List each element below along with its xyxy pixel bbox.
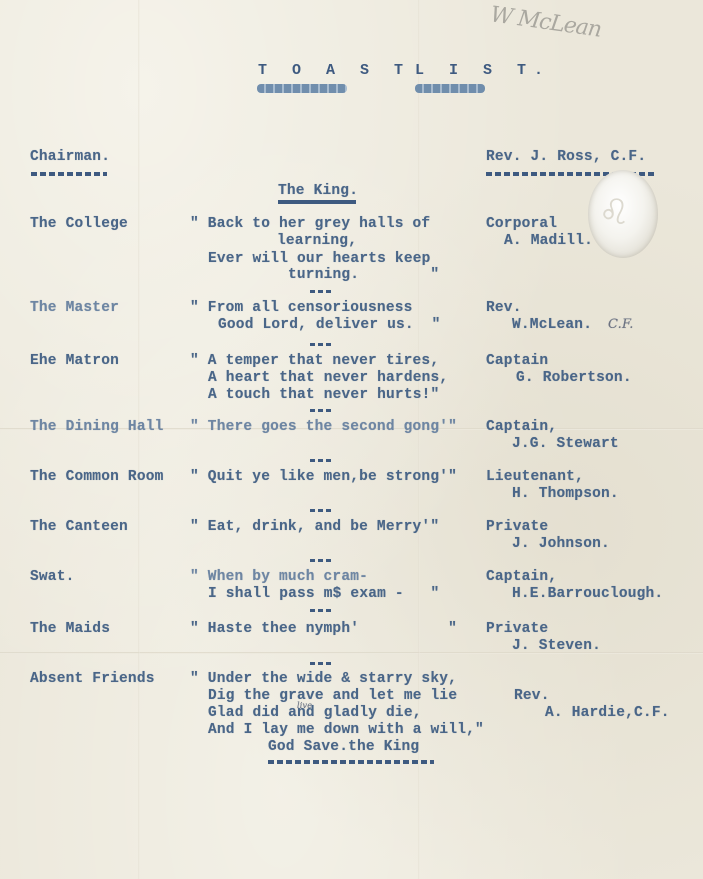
toast-quote: " Quit ye like men,be strong'" — [190, 469, 457, 486]
title-word-toast: T O A S T — [258, 62, 411, 79]
speaker-rank: Private — [486, 519, 548, 536]
toast-quote: Good Lord, deliver us. " — [218, 317, 441, 334]
toast-quote: A heart that never hardens, — [208, 370, 448, 387]
separator — [310, 290, 332, 293]
speaker-name: A. Madill. — [504, 233, 593, 250]
chairman-label: Chairman. — [30, 149, 110, 166]
toast-quote: " Eat, drink, and be Merry'" — [190, 519, 439, 536]
title-underline — [415, 84, 485, 93]
toast-quote: " Under the wide & starry sky, — [190, 671, 457, 688]
toast-quote: Glad did and gladly die, — [208, 705, 422, 722]
title-underline — [257, 84, 347, 93]
separator — [310, 409, 332, 412]
toast-quote: Dig the grave and let me lie — [208, 688, 457, 705]
separator — [310, 459, 332, 462]
speaker-name: A. Hardie,C.F. — [545, 705, 670, 722]
separator — [310, 662, 332, 665]
handwritten-annotation: C.F. — [608, 316, 634, 333]
speaker-rank: Corporal — [486, 216, 557, 233]
speaker-rank: Captain, — [486, 419, 557, 436]
toast-quote: " Back to her grey halls of — [190, 216, 430, 233]
speaker-rank: Captain, — [486, 569, 557, 586]
speaker-name: G. Robertson. — [516, 370, 632, 387]
toast-quote: " There goes the second gong'" — [190, 419, 457, 436]
toast-quote: turning. " — [288, 267, 439, 284]
speaker-rank: Private — [486, 621, 548, 638]
dash-underline — [31, 172, 107, 176]
paper-fold — [138, 0, 140, 879]
speaker-name: W.McLean. — [512, 317, 592, 334]
closing-line: God Save.the King — [268, 739, 419, 756]
lion-emblem-icon: ♌ — [602, 188, 626, 237]
toast-quote: " When by much cram- — [190, 569, 368, 586]
toast-list-document: W McLean T O A S T L I S T. Chairman. Re… — [0, 0, 703, 879]
embossed-seal: ♌ — [588, 170, 658, 258]
separator — [310, 509, 332, 512]
speaker-rank: Lieutenant, — [486, 469, 584, 486]
separator — [310, 343, 332, 346]
dash-underline — [268, 760, 434, 764]
speaker-name: J. Johnson. — [512, 536, 610, 553]
speaker-name: H.E.Barrouclough. — [512, 586, 663, 603]
toast-quote: " A temper that never tires, — [190, 353, 439, 370]
toast-quote: " Haste thee nymph' " — [190, 621, 457, 638]
toast-quote: A touch that never hurts!" — [208, 387, 439, 404]
speaker-rank: Rev. — [514, 688, 550, 705]
toast-name: The Maids — [30, 621, 110, 638]
toast-quote: Ever will our hearts keep — [208, 251, 431, 268]
toast-quote: I shall pass m$ exam - " — [208, 586, 439, 603]
toast-name: Absent Friends — [30, 671, 155, 688]
toast-quote: And I lay me down with a will," — [208, 722, 484, 739]
toast-name: The Dining Hall — [30, 419, 164, 436]
speaker-rank: Rev. — [486, 300, 522, 317]
toast-name: Swat. — [30, 569, 75, 586]
toast-quote: learning, — [277, 233, 357, 250]
king-underline — [278, 200, 356, 204]
speaker-name: H. Thompson. — [512, 486, 619, 503]
title-word-list: L I S T. — [415, 62, 551, 79]
speaker-name: J. Steven. — [512, 638, 601, 655]
toast-name: The Master — [30, 300, 119, 317]
speaker-rank: Captain — [486, 353, 548, 370]
toast-name: The Canteen — [30, 519, 128, 536]
toast-name: The College — [30, 216, 128, 233]
chairman-name: Rev. J. Ross, C.F. — [486, 149, 646, 166]
pencil-signature: W McLean — [489, 2, 603, 42]
first-toast: The King. — [278, 183, 358, 200]
toast-name: Ehe Matron — [30, 353, 119, 370]
speaker-name: J.G. Stewart — [512, 436, 619, 453]
toast-quote: " From all censoriousness — [190, 300, 413, 317]
toast-name: The Common Room — [30, 469, 164, 486]
separator — [310, 609, 332, 612]
separator — [310, 559, 332, 562]
